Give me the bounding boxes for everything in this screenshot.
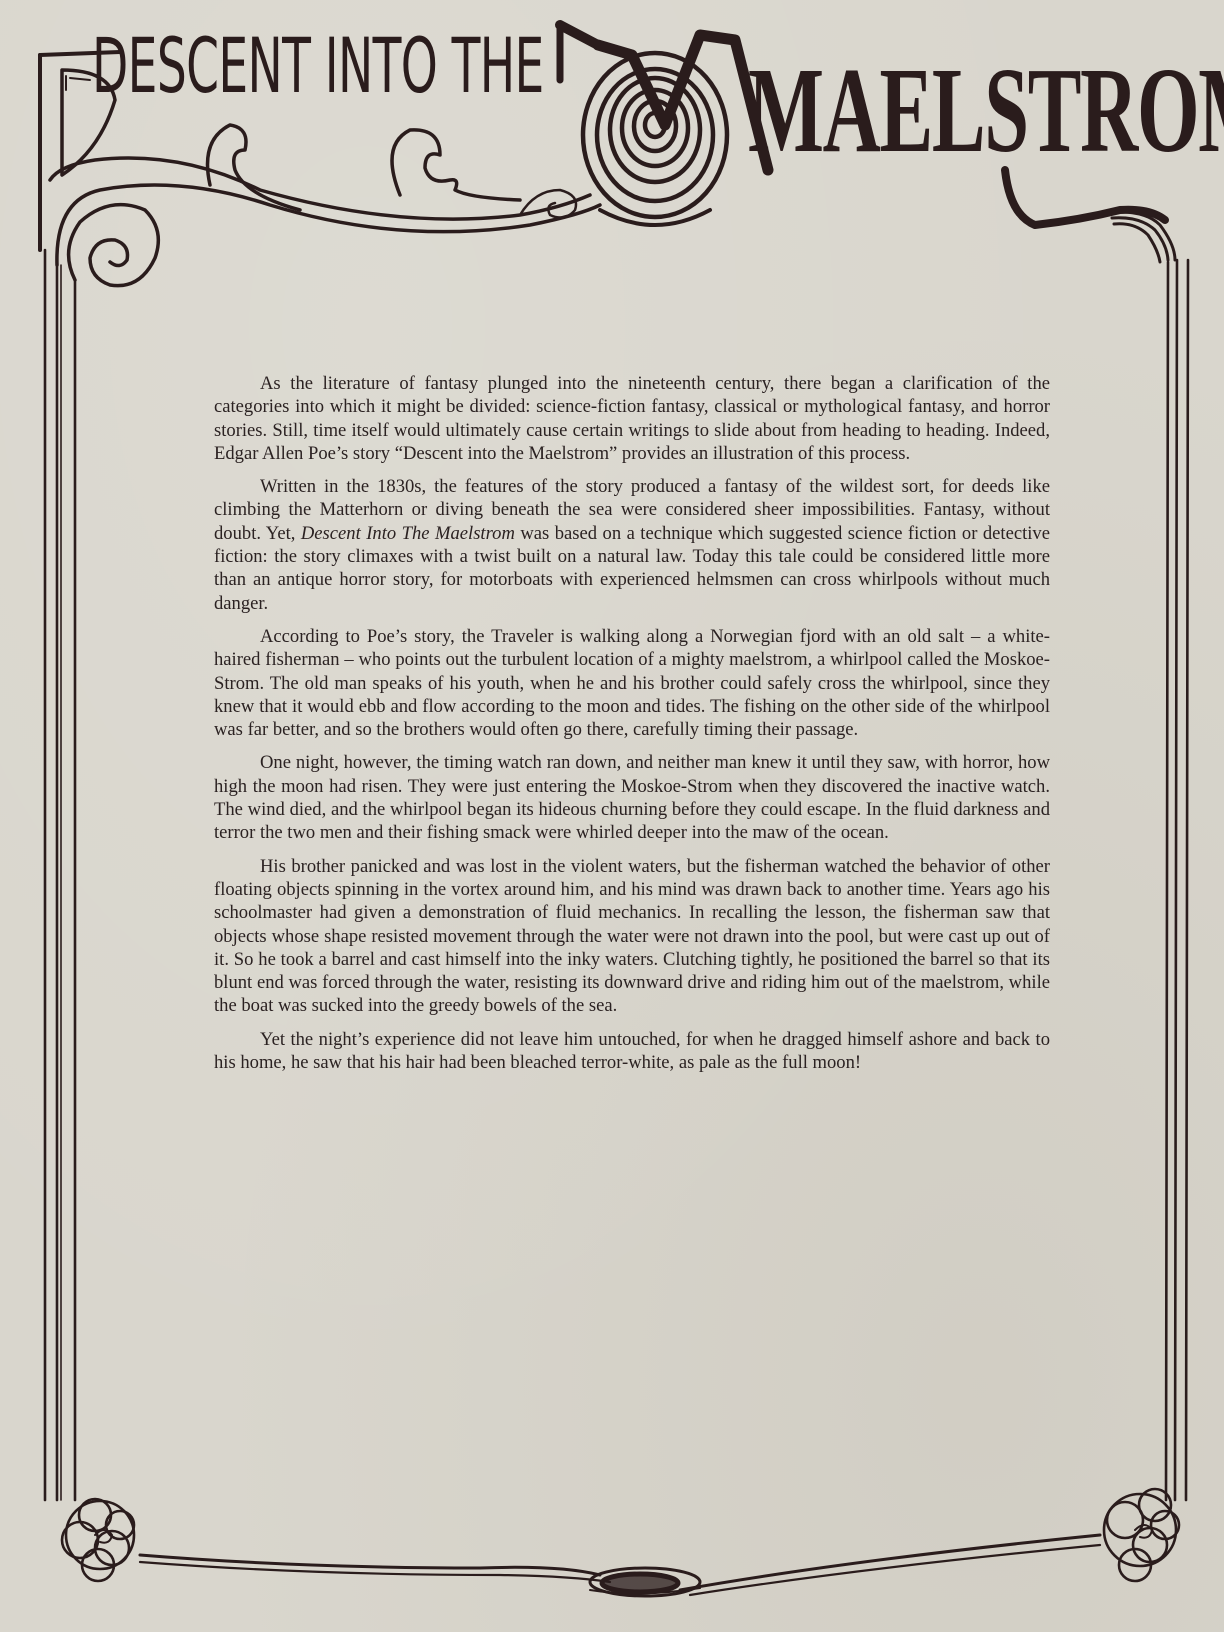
spiral-ornament-icon bbox=[69, 205, 159, 286]
rose-ornament-icon bbox=[62, 1499, 134, 1581]
paragraph-6: Yet the night’s experience did not leave… bbox=[214, 1028, 1050, 1075]
rose-ornament-icon bbox=[1104, 1489, 1179, 1581]
paragraph-5: His brother panicked and was lost in the… bbox=[214, 855, 1050, 1018]
paragraph-1: As the literature of fantasy plunged int… bbox=[214, 372, 1050, 465]
story-title-italic: Descent Into The Maelstrom bbox=[301, 523, 515, 544]
page-title-left: DESCENT INTO THE bbox=[92, 28, 544, 104]
page-title-right: MAELSTROM bbox=[748, 50, 1224, 172]
article-body: As the literature of fantasy plunged int… bbox=[214, 372, 1050, 1084]
paragraph-3: According to Poe’s story, the Traveler i… bbox=[214, 625, 1050, 741]
paragraph-2: Written in the 1830s, the features of th… bbox=[214, 475, 1050, 615]
spiral-whirlpool-icon bbox=[583, 53, 727, 225]
paragraph-4: One night, however, the timing watch ran… bbox=[214, 751, 1050, 844]
bottom-whirlpool-icon bbox=[590, 1568, 700, 1596]
wave-curl-icon bbox=[392, 130, 520, 200]
